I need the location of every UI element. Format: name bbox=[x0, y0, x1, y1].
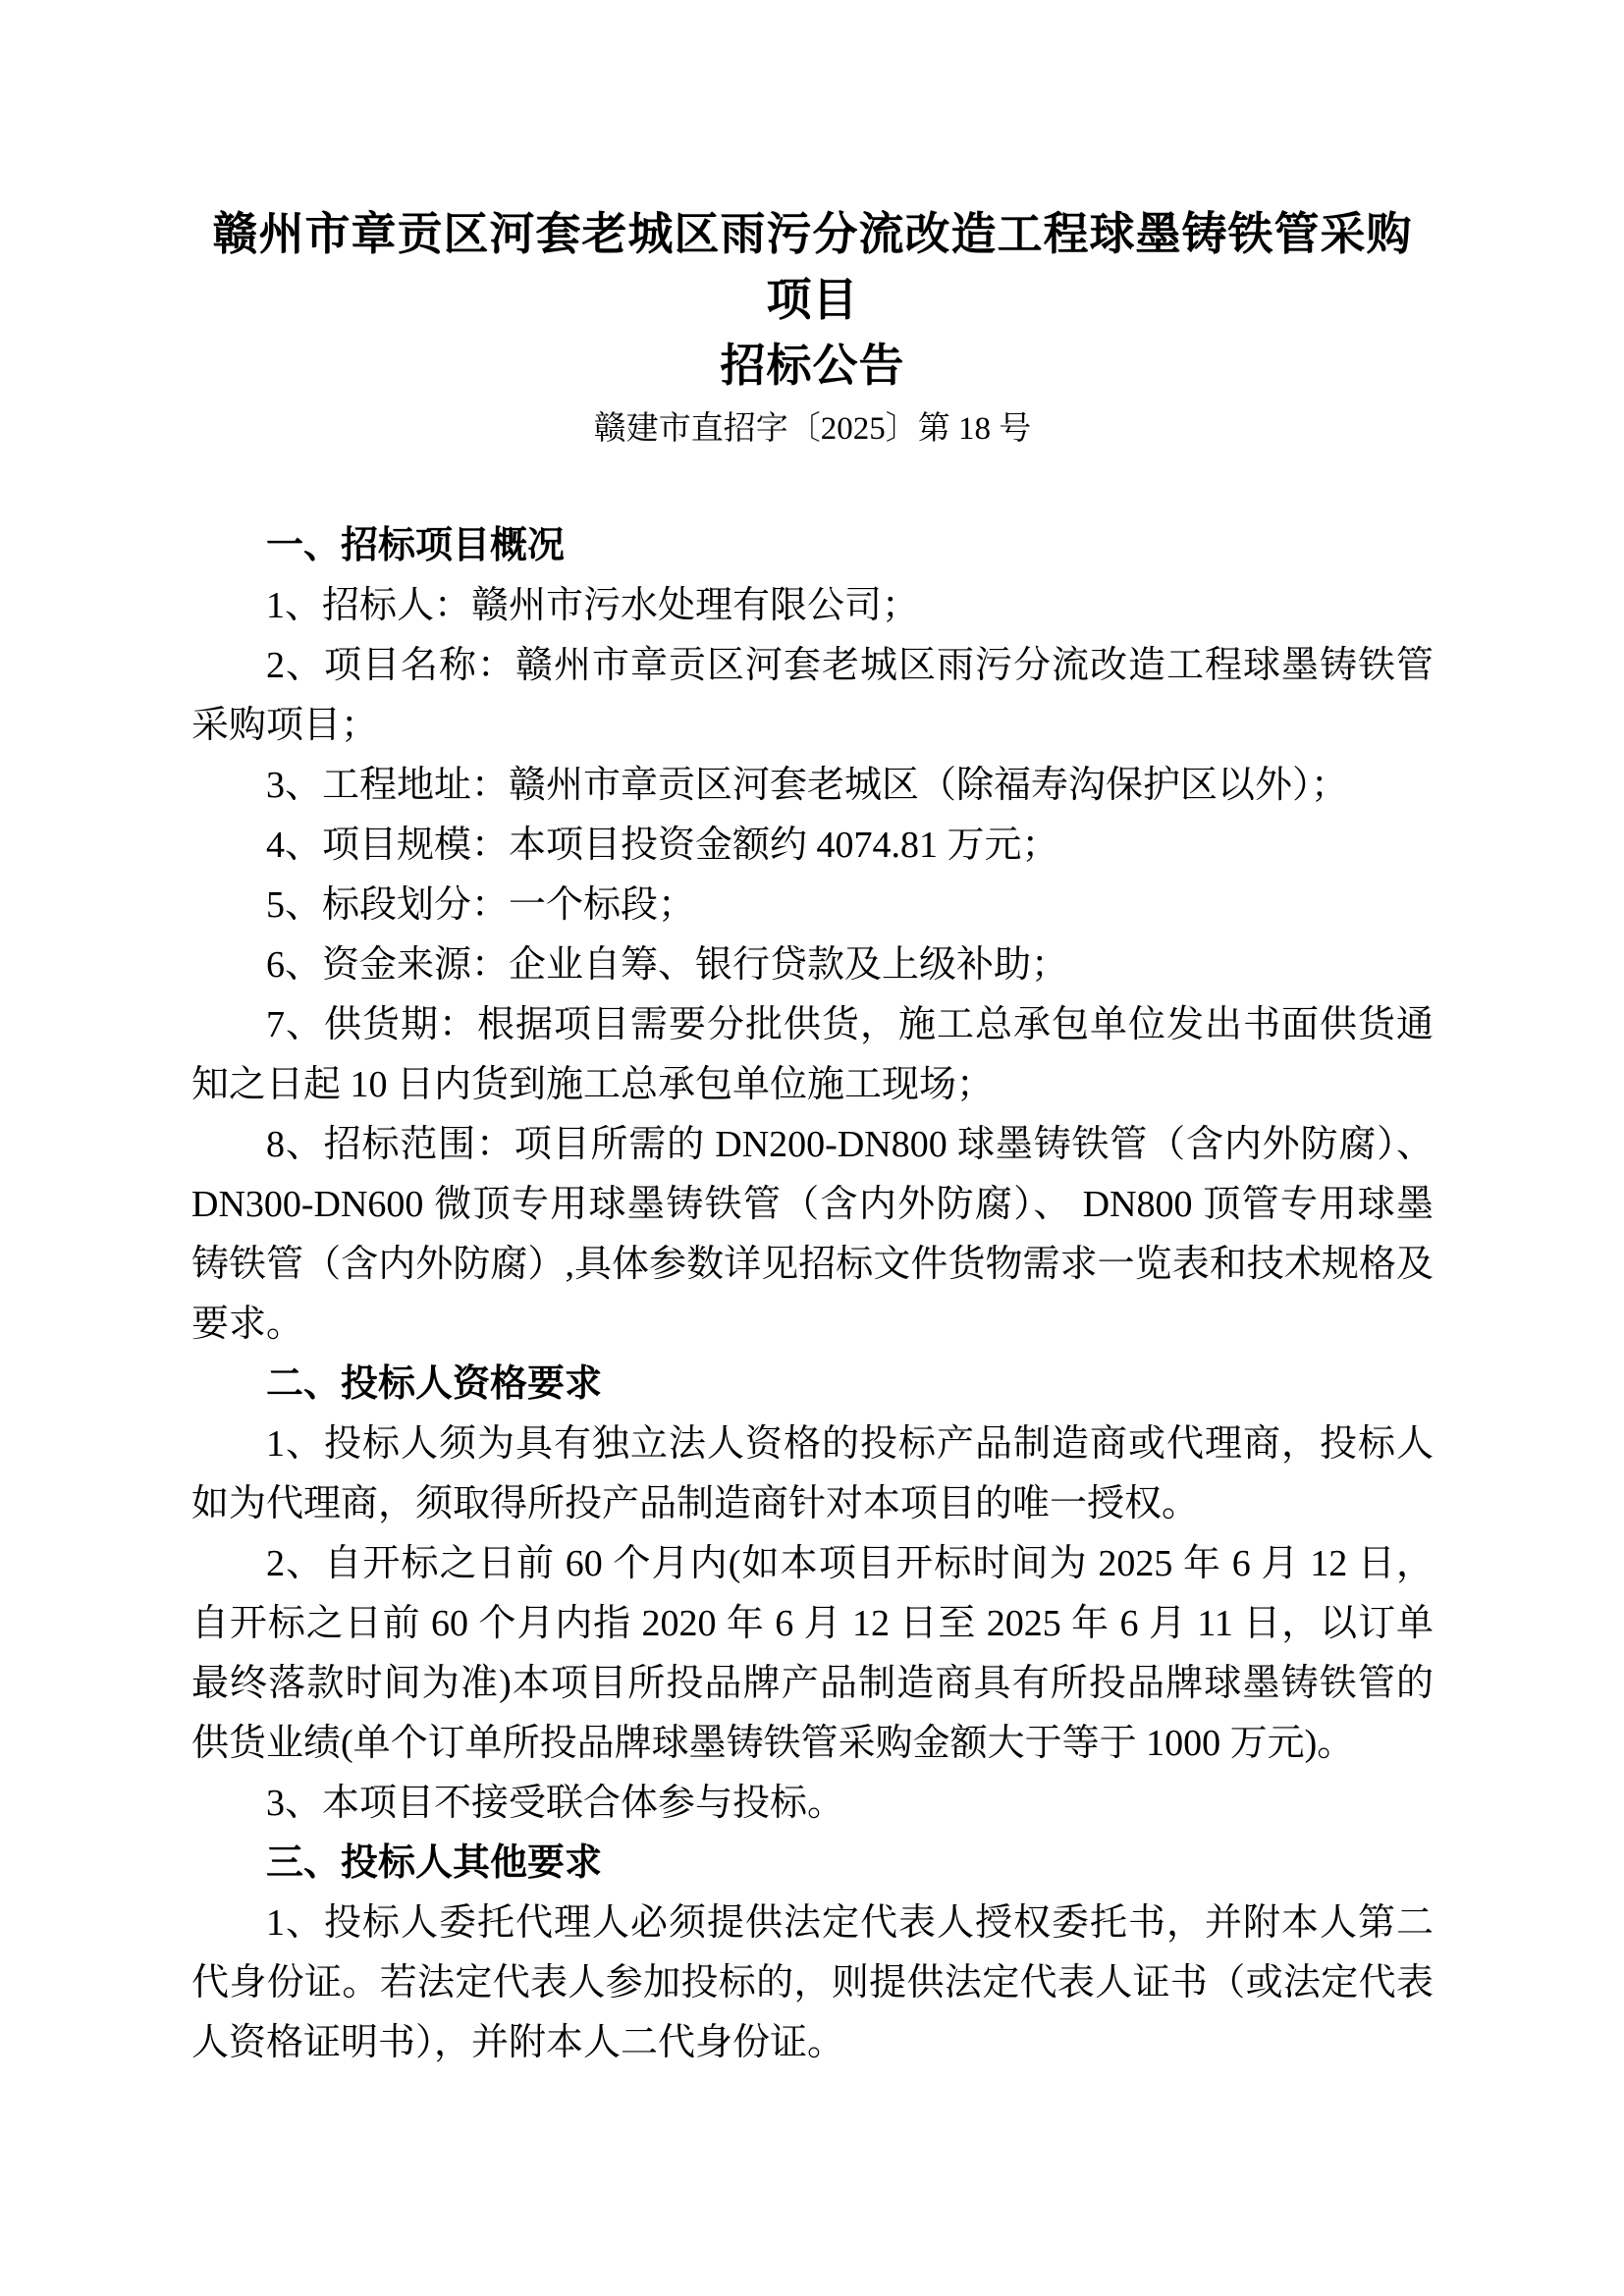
paragraph: 7、供货期：根据项目需要分批供货，施工总承包单位发出书面供货通知之日起 10 日… bbox=[191, 995, 1434, 1115]
section-heading: 一、招标项目概况 bbox=[191, 516, 1434, 576]
document-page: 赣州市章贡区河套老城区雨污分流改造工程球墨铸铁管采购项目 招标公告 赣建市直招字… bbox=[0, 0, 1624, 2296]
document-header: 赣州市章贡区河套老城区雨污分流改造工程球墨铸铁管采购项目 招标公告 赣建市直招字… bbox=[191, 201, 1434, 452]
paragraph: 3、工程地址：赣州市章贡区河套老城区（除福寿沟保护区以外）； bbox=[191, 756, 1434, 816]
paragraph: 6、资金来源：企业自筹、银行贷款及上级补助； bbox=[191, 935, 1434, 995]
paragraph: 1、投标人须为具有独立法人资格的投标产品制造商或代理商，投标人如为代理商，须取得… bbox=[191, 1415, 1434, 1534]
paragraph: 3、本项目不接受联合体参与投标。 bbox=[191, 1774, 1434, 1834]
document-number: 赣建市直招字〔2025〕第 18 号 bbox=[191, 406, 1434, 452]
document-title-line2: 招标公告 bbox=[191, 333, 1434, 399]
section-heading: 二、投标人资格要求 bbox=[191, 1355, 1434, 1415]
document-body: 一、招标项目概况1、招标人：赣州市污水处理有限公司；2、项目名称：赣州市章贡区河… bbox=[191, 516, 1434, 2073]
paragraph: 1、招标人：赣州市污水处理有限公司； bbox=[191, 576, 1434, 636]
paragraph: 1、投标人委托代理人必须提供法定代表人授权委托书，并附本人第二代身份证。若法定代… bbox=[191, 1894, 1434, 2073]
paragraph: 2、项目名称：赣州市章贡区河套老城区雨污分流改造工程球墨铸铁管采购项目； bbox=[191, 636, 1434, 756]
document-title-line1: 赣州市章贡区河套老城区雨污分流改造工程球墨铸铁管采购项目 bbox=[191, 201, 1434, 333]
paragraph: 5、标段划分：一个标段； bbox=[191, 876, 1434, 935]
section-heading: 三、投标人其他要求 bbox=[191, 1834, 1434, 1894]
paragraph: 2、自开标之日前 60 个月内(如本项目开标时间为 2025 年 6 月 12 … bbox=[191, 1534, 1434, 1774]
paragraph: 8、招标范围：项目所需的 DN200-DN800 球墨铸铁管（含内外防腐）、DN… bbox=[191, 1115, 1434, 1355]
paragraph: 4、项目规模：本项目投资金额约 4074.81 万元； bbox=[191, 816, 1434, 876]
